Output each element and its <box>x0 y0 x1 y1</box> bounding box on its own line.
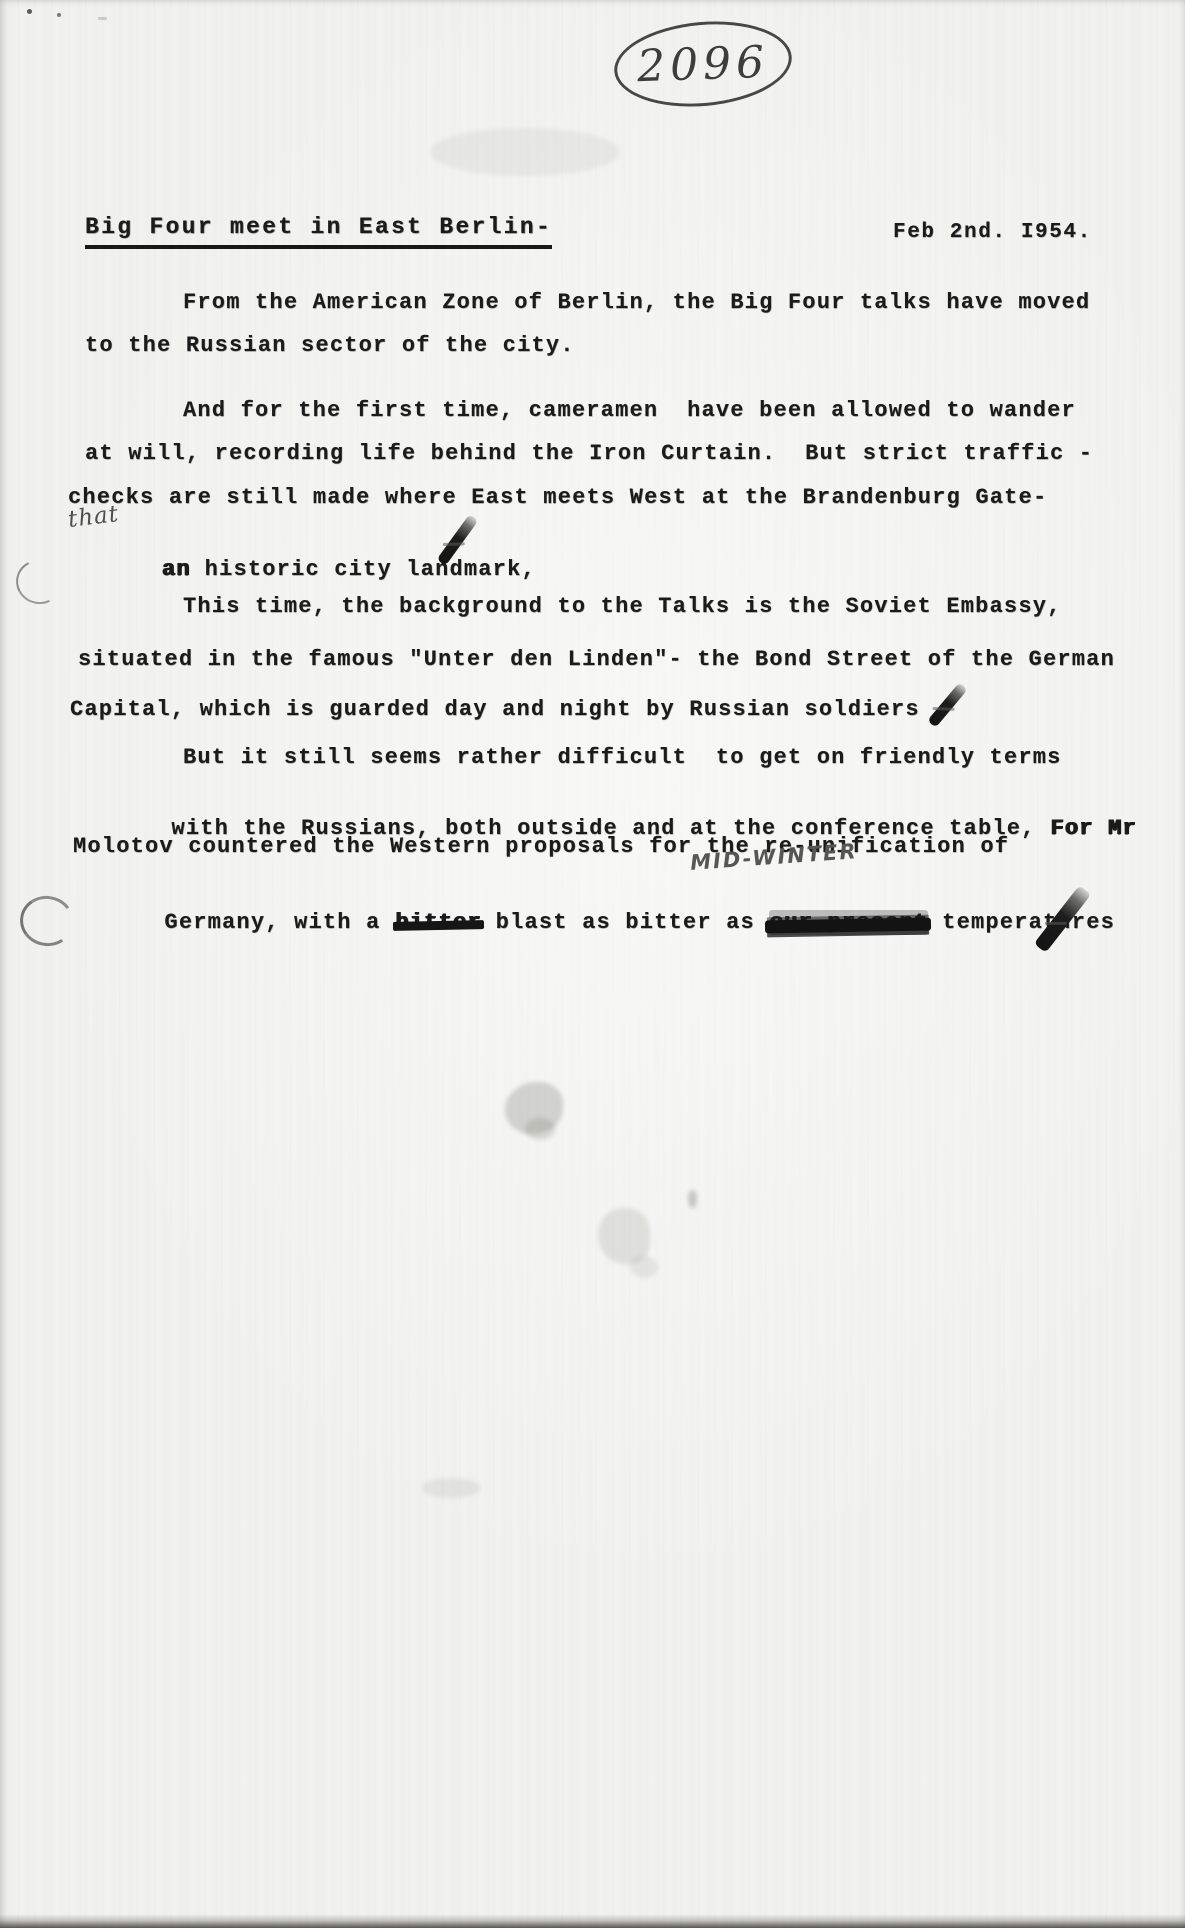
body-line-text: blast as bitter as <box>481 910 769 935</box>
body-line: to the Russian sector of the city. <box>85 333 575 359</box>
blacked-out-phrase: our present <box>769 910 927 935</box>
scan-speck <box>57 13 61 17</box>
reference-number-text: 2096 <box>636 36 770 92</box>
scan-bottom-edge <box>0 1914 1185 1928</box>
body-line: But it still seems rather difficult to g… <box>183 745 1062 771</box>
body-line: Molotov countered the Western proposals … <box>73 834 1009 860</box>
paper-stain <box>430 128 620 176</box>
document-title: Big Four meet in East Berlin- <box>85 214 552 249</box>
body-line-text: Germany, with a <box>164 910 394 935</box>
scan-speck <box>27 9 32 14</box>
punch-hole-arc <box>16 892 78 951</box>
body-line: situated in the famous "Unter den Linden… <box>78 647 1115 673</box>
body-line: at will, recording life behind the Iron … <box>85 441 1093 467</box>
scanned-typescript-page: 2096 Big Four meet in East Berlin- Feb 2… <box>0 0 1185 1928</box>
overtyped-word: an <box>161 557 190 582</box>
body-line: Germany, with a bitter blast as bitter a… <box>78 884 1115 962</box>
pencil-tick-mark <box>927 682 968 727</box>
body-line-text: historic city landmark, <box>190 557 536 582</box>
punch-hole-arc <box>10 554 67 610</box>
paper-stain <box>630 1256 658 1278</box>
body-line: This time, the background to the Talks i… <box>183 594 1062 620</box>
paper-stain <box>688 1190 697 1208</box>
overtyped-words: For Mr <box>1050 816 1136 841</box>
body-line: And for the first time, cameramen have b… <box>183 398 1076 424</box>
paper-stain <box>525 1118 555 1140</box>
body-line-text: temperatures <box>928 910 1115 935</box>
body-line: From the American Zone of Berlin, the Bi… <box>183 290 1090 316</box>
circled-reference-number: 2096 <box>611 14 796 113</box>
struck-out-word: bitter <box>395 910 481 935</box>
paper-stain <box>422 1478 480 1498</box>
document-date: Feb 2nd. I954. <box>893 220 1092 246</box>
handwritten-correction-that: that <box>67 501 121 533</box>
body-line: Capital, which is guarded day and night … <box>70 697 920 723</box>
scan-speck <box>98 17 107 20</box>
body-line: checks are still made where East meets W… <box>68 485 1047 511</box>
